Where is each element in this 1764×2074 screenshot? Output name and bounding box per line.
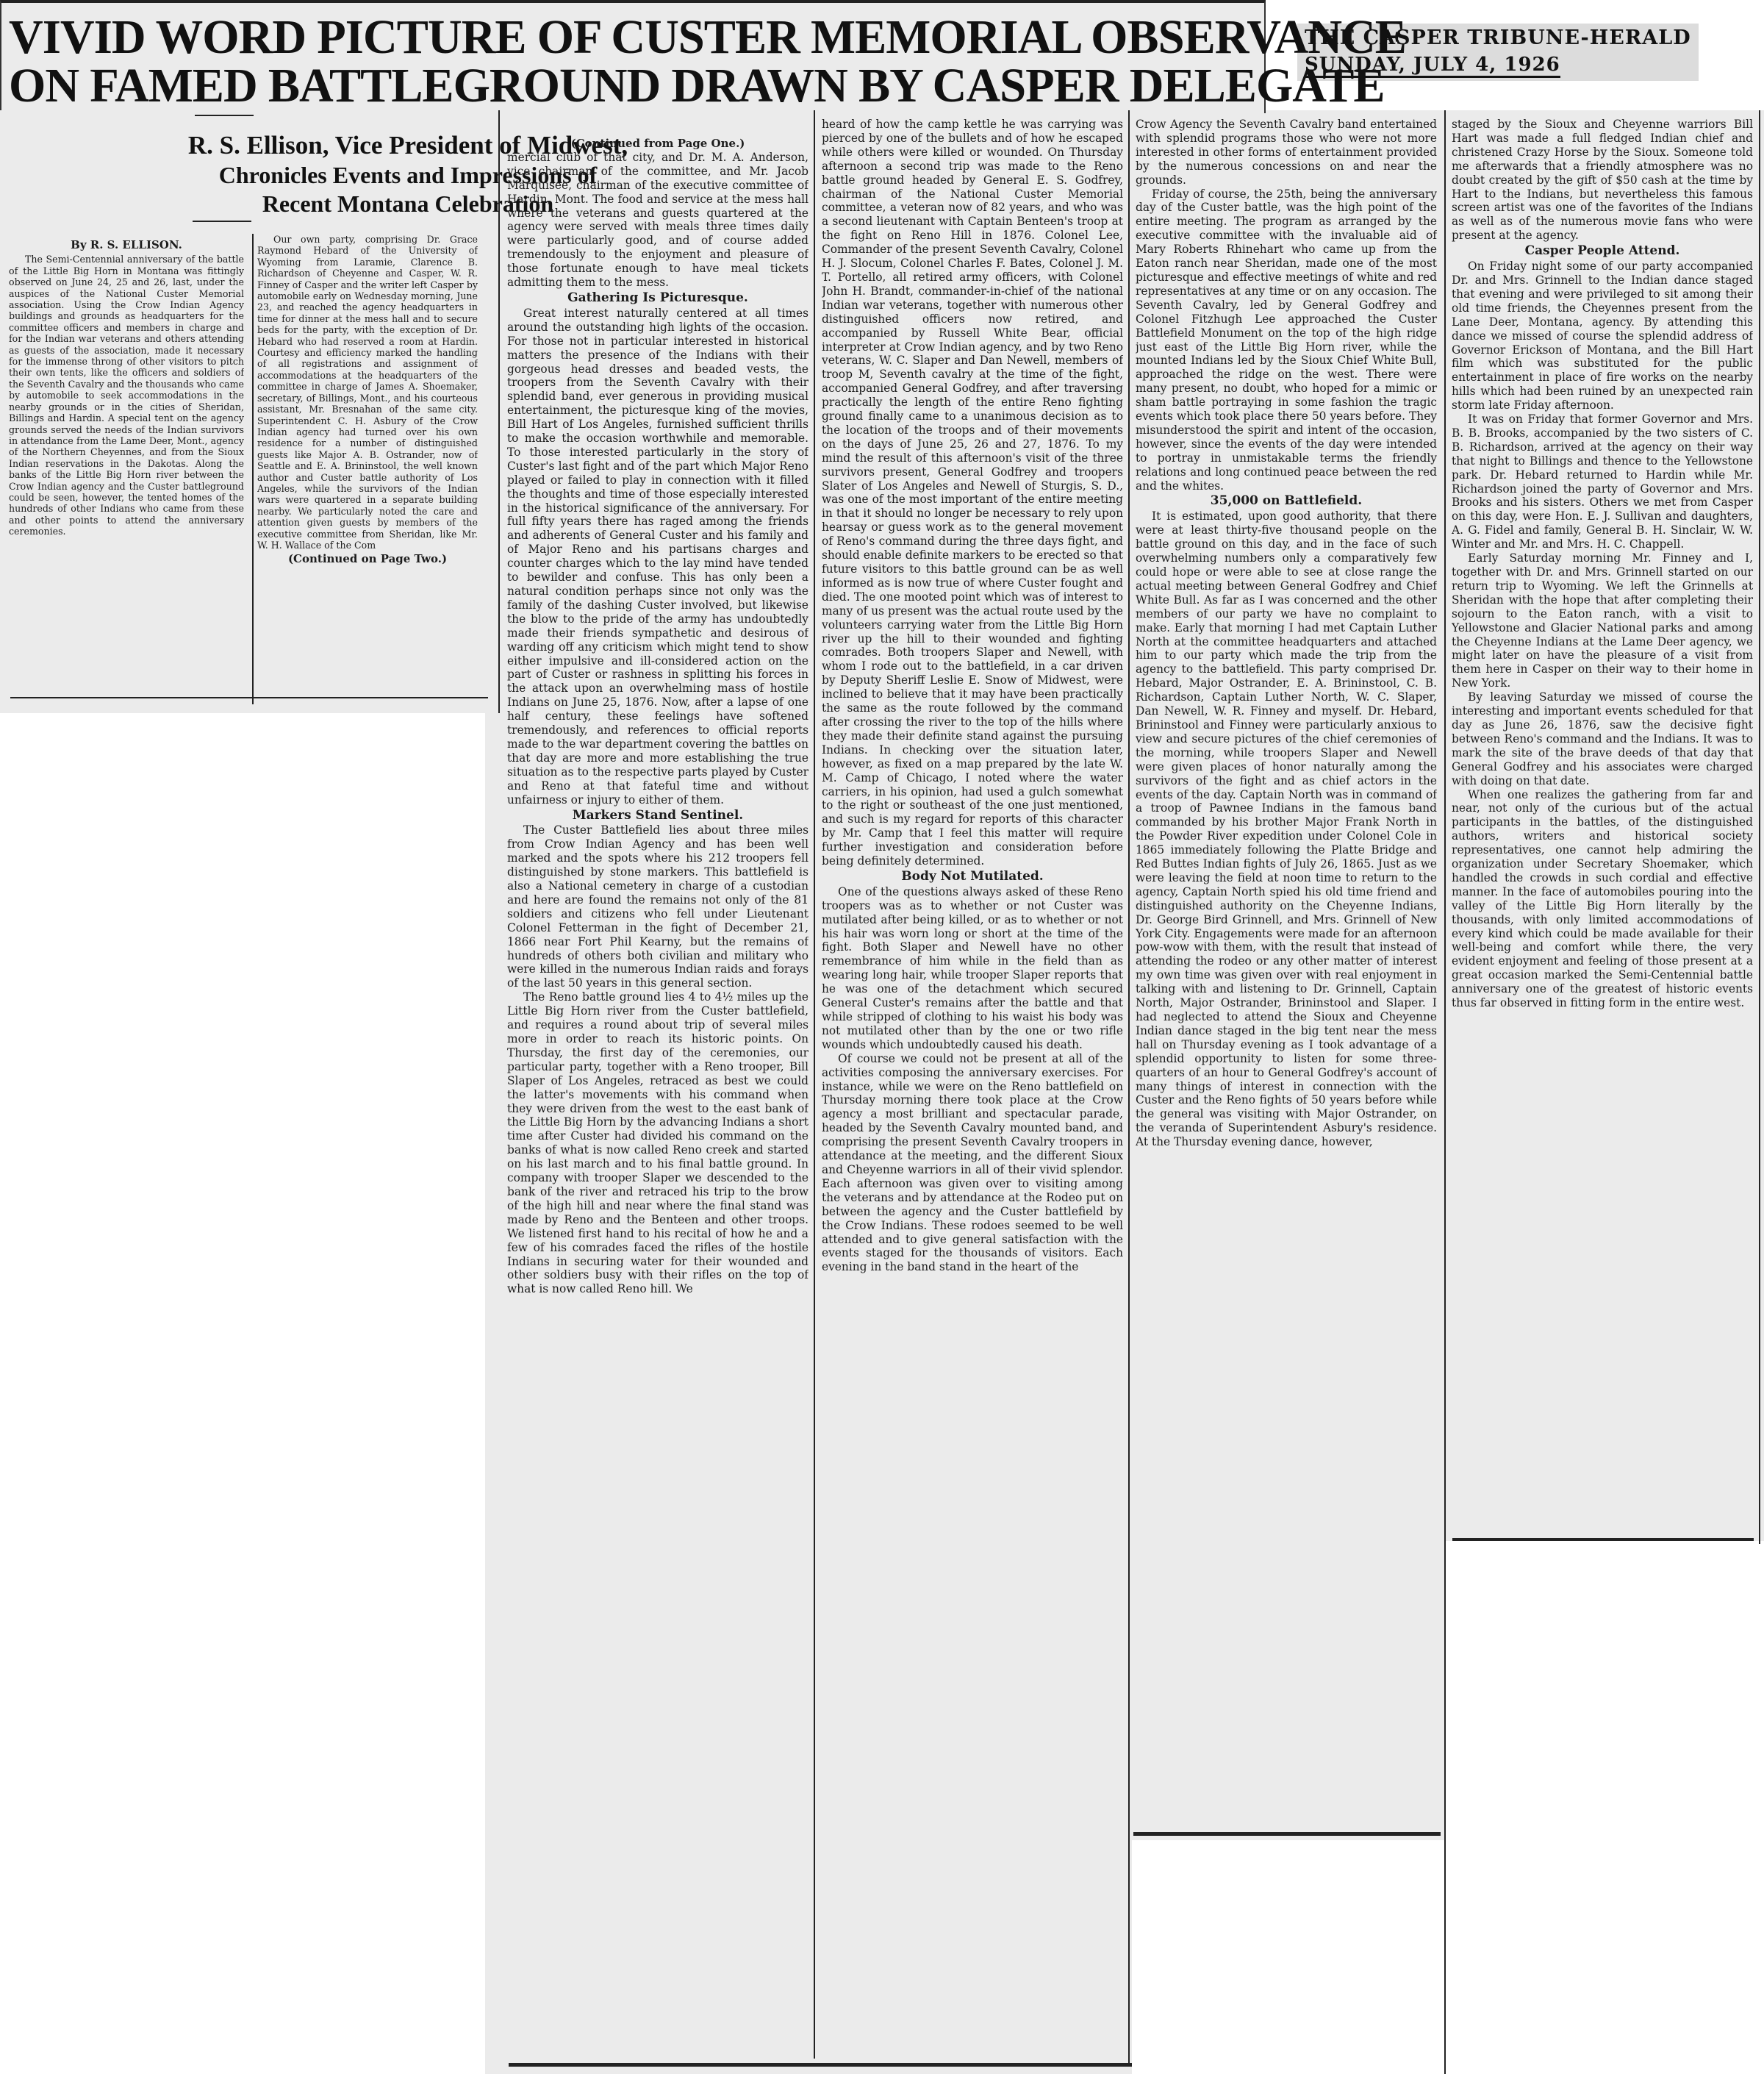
headline-box: VIVID WORD PICTURE OF CUSTER MEMORIAL OB… <box>0 0 1266 113</box>
subheading: Casper People Attend. <box>1452 244 1753 258</box>
paragraph: It is estimated, upon good authority, th… <box>1136 509 1437 1149</box>
column-divider <box>498 110 500 713</box>
headline-line-1: VIVID WORD PICTURE OF CUSTER MEMORIAL OB… <box>9 13 1406 62</box>
paragraph: It was on Friday that former Governor an… <box>1452 412 1753 551</box>
paragraph: Friday of course, the 25th, being the an… <box>1136 187 1437 493</box>
paragraph: Our own party, comprising Dr. Grace Raym… <box>257 234 478 551</box>
column-3: (Continued from Page One.) mercial club … <box>507 134 808 2060</box>
headline-line-2: ON FAMED BATTLEGROUND DRAWN BY CASPER DE… <box>9 62 1385 110</box>
deck-rule-top <box>195 115 254 116</box>
paragraph: Of course we could not be present at all… <box>822 1052 1123 1275</box>
continued-note: (Continued on Page Two.) <box>257 554 478 565</box>
byline: By R. S. ELLISON. <box>9 240 244 251</box>
bottom-rule <box>509 2063 1132 2067</box>
bottom-rule <box>1133 1832 1441 1836</box>
column-5-body: Crow Agency the Seventh Cavalry band ent… <box>1136 118 1437 1149</box>
subheading: Body Not Mutilated. <box>822 870 1123 884</box>
column-divider <box>252 234 254 704</box>
column-divider <box>1128 110 1130 2066</box>
continued-from-note: (Continued from Page One.) <box>507 137 808 151</box>
paragraph: mercial club of that city, and Dr. M. A.… <box>507 151 808 290</box>
paragraph: The Custer Battlefield lies about three … <box>507 823 808 990</box>
deck-rule-bottom <box>193 221 251 222</box>
column-5: Crow Agency the Seventh Cavalry band ent… <box>1136 118 1437 1831</box>
subheading: Gathering Is Picturesque. <box>507 291 808 305</box>
paragraph: staged by the Sioux and Cheyenne warrior… <box>1452 118 1753 243</box>
column-4-body: heard of how the camp kettle he was carr… <box>822 118 1123 1274</box>
column-1: By R. S. ELLISON. The Semi-Centennial an… <box>9 234 244 704</box>
column-2: Our own party, comprising Dr. Grace Raym… <box>257 234 478 704</box>
paragraph: By leaving Saturday we missed of course … <box>1452 690 1753 787</box>
bottom-rule <box>1452 1538 1754 1541</box>
paragraph: The Semi-Centennial anniversary of the b… <box>9 254 244 537</box>
paragraph: heard of how the camp kettle he was carr… <box>822 118 1123 868</box>
paragraph: Crow Agency the Seventh Cavalry band ent… <box>1136 118 1437 187</box>
paragraph: Early Saturday morning Mr. Finney and I,… <box>1452 551 1753 690</box>
column-6: staged by the Sioux and Cheyenne warrior… <box>1452 118 1753 1533</box>
column-divider <box>1759 110 1760 1544</box>
subheading: 35,000 on Battlefield. <box>1136 494 1437 508</box>
column-divider <box>1444 110 1446 2074</box>
column-4: heard of how the camp kettle he was carr… <box>822 118 1123 2062</box>
paragraph: The Reno battle ground lies 4 to 4½ mile… <box>507 990 808 1296</box>
paragraph: When one realizes the gathering from far… <box>1452 788 1753 1011</box>
column-divider <box>814 110 815 2059</box>
column-3-body: mercial club of that city, and Dr. M. A.… <box>507 151 808 1296</box>
subheading: Markers Stand Sentinel. <box>507 809 808 823</box>
paragraph: On Friday night some of our party accomp… <box>1452 260 1753 412</box>
column-6-body: staged by the Sioux and Cheyenne warrior… <box>1452 118 1753 1010</box>
paragraph: One of the questions always asked of the… <box>822 885 1123 1052</box>
paragraph: Great interest naturally centered at all… <box>507 307 808 807</box>
bottom-rule <box>10 697 488 698</box>
